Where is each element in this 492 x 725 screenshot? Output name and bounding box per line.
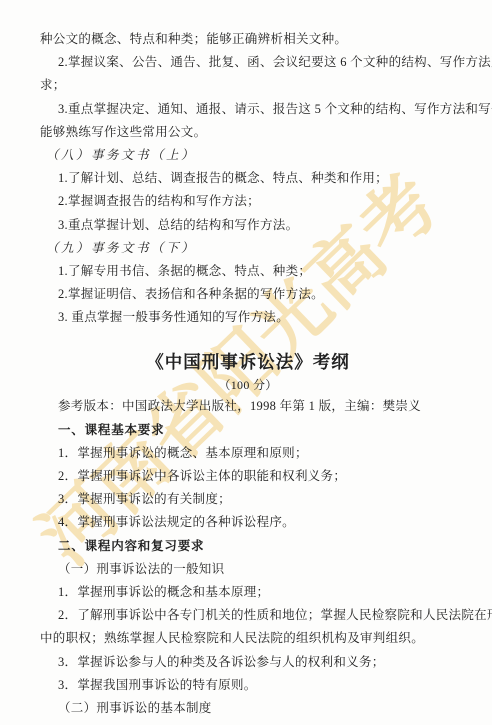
document-line: （100 分） (40, 376, 456, 395)
document-line: 3．掌握我国刑事诉讼的特有原则。 (40, 674, 456, 697)
document-line: 3.重点掌握计划、总结的结构和写作方法。 (40, 214, 456, 237)
document-line: 3.重点掌握决定、通知、通报、请示、报告这 5 个文种的结构、写作方法和写作要求… (40, 98, 456, 121)
document-line: 二、课程内容和复习要求 (40, 535, 456, 558)
document-line: 3．掌握刑事诉讼的有关制度； (40, 488, 456, 511)
document-line: 2.掌握调查报告的结构和写作方法； (40, 190, 456, 213)
document-line: 1.了解专用书信、条据的概念、特点、种类； (40, 260, 456, 283)
document-line: 一、课程基本要求 (40, 419, 456, 442)
document-line: 种公文的概念、特点和种类；能够正确辨析相关文种。 (40, 28, 456, 51)
document-line: （二）刑事诉讼的基本制度 (40, 697, 456, 720)
document-line: 中的职权；熟练掌握人民检察院和人民法院的组织机构及审判组织。 (40, 627, 456, 650)
document-line: （一）刑事诉讼法的一般知识 (40, 558, 456, 581)
document-line: 1．掌握刑事诉讼的概念和基本原理； (40, 581, 456, 604)
document-line: 能够熟练写作这些常用公文。 (40, 121, 456, 144)
document-line: 2.掌握证明信、表扬信和各种条据的写作方法。 (40, 283, 456, 306)
document-line: 3. 重点掌握一般事务性通知的写作方法。 (40, 306, 456, 329)
document-line: 1.了解计划、总结、调查报告的概念、特点、种类和作用； (40, 167, 456, 190)
document-line: 3．掌握诉讼参与人的种类及各诉讼参与人的权利和义务； (40, 651, 456, 674)
document-line: 2．掌握刑事诉讼中各诉讼主体的职能和权利义务； (40, 465, 456, 488)
document-body: 种公文的概念、特点和种类；能够正确辨析相关文种。2.掌握议案、公告、通告、批复、… (0, 0, 492, 725)
document-line: （八）事务文书（上） (40, 144, 456, 167)
document-line: 《中国刑事诉讼法》考纲 (40, 349, 456, 376)
document-line: 参考版本：中国政法大学出版社，1998 年第 1 版，主编：樊崇义 (40, 395, 456, 418)
document-line: 求； (40, 74, 456, 97)
document-line: 2．了解刑事诉讼中各专门机关的性质和地位；掌握人民检察院和人民法院在刑事诉讼 (40, 604, 456, 627)
document-line: 4．掌握刑事诉讼法规定的各种诉讼程序。 (40, 511, 456, 534)
document-page: 河南省阳光高考 种公文的概念、特点和种类；能够正确辨析相关文种。2.掌握议案、公… (0, 0, 492, 725)
document-line: 1．掌握刑事诉讼的概念、基本原理和原则； (40, 442, 456, 465)
document-line: 2.掌握议案、公告、通告、批复、函、会议纪要这 6 个文种的结构、写作方法及写作… (40, 51, 456, 74)
document-line: （九）事务文书（下） (40, 237, 456, 260)
